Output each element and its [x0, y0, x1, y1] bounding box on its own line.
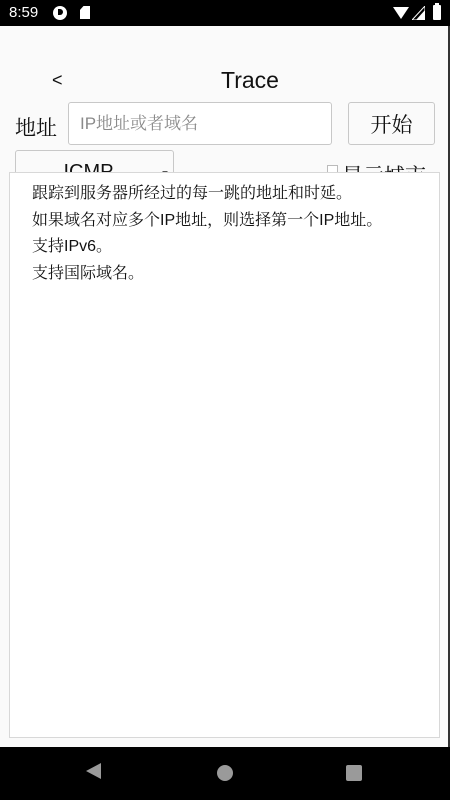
status-time: 8:59 — [9, 4, 38, 21]
output-line: 如果域名对应多个IP地址，则选择第一个IP地址。 — [32, 207, 382, 230]
nav-home-icon[interactable] — [217, 765, 233, 781]
start-button[interactable]: 开始 — [348, 102, 435, 145]
pocket-icon — [53, 6, 67, 20]
battery-icon — [433, 5, 441, 20]
address-input[interactable] — [68, 102, 332, 145]
address-label: 地址 — [15, 112, 57, 142]
output-line: 跟踪到服务器所经过的每一跳的地址和时延。 — [32, 180, 352, 203]
output-line: 支持IPv6。 — [32, 233, 112, 256]
output-line: 支持国际域名。 — [32, 260, 144, 283]
page-title: Trace — [0, 67, 450, 94]
navigation-bar — [0, 747, 450, 800]
status-bar: 8:59 — [0, 0, 450, 26]
nav-recents-icon[interactable] — [346, 765, 362, 781]
cell-signal-icon — [412, 6, 425, 20]
sd-card-icon — [80, 6, 90, 19]
output-text-area[interactable]: 跟踪到服务器所经过的每一跳的地址和时延。 如果域名对应多个IP地址，则选择第一个… — [9, 172, 440, 738]
wifi-icon — [393, 7, 409, 19]
nav-back-icon[interactable] — [86, 763, 101, 779]
